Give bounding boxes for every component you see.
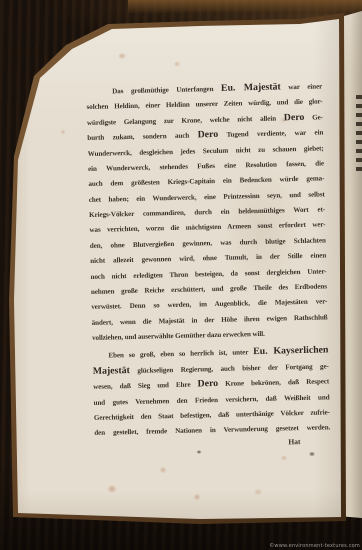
- paragraph-2: Eben so groß, eben so herrlich ist, unte…: [92, 341, 330, 439]
- display-word: Dero: [284, 112, 305, 123]
- text-block: Das großmüthige Unterfangen Eu. Majestät…: [86, 76, 331, 453]
- display-word: Dero: [198, 129, 219, 140]
- book-photo: Das großmüthige Unterfangen Eu. Majestät…: [0, 0, 362, 550]
- body-text: wesen, daß Sieg und Ehre: [93, 381, 198, 391]
- display-word: Majestät: [93, 365, 130, 377]
- body-text: Krone bekrönen, daß Respect: [218, 377, 329, 388]
- paragraph-1: Das großmüthige Unterfangen Eu. Majestät…: [86, 76, 328, 343]
- body-text: war einer: [281, 82, 323, 91]
- body-text: vollziehen, und auserwählte Gemüther daz…: [92, 330, 265, 342]
- display-word: Eu. Majestät: [221, 81, 281, 93]
- body-text: Ge-: [304, 113, 323, 121]
- facing-page-text-marks: [356, 95, 362, 171]
- wood-grain-streak: [128, 0, 362, 13]
- watermark: ©www.environment-textures.com: [269, 543, 360, 549]
- body-text: burth zukam, sondern auch: [87, 132, 198, 143]
- display-word: Dero: [197, 378, 218, 389]
- body-text: Tugend verdiente, war ein: [218, 129, 323, 139]
- display-word: Eu. Kayserlichen: [253, 345, 328, 358]
